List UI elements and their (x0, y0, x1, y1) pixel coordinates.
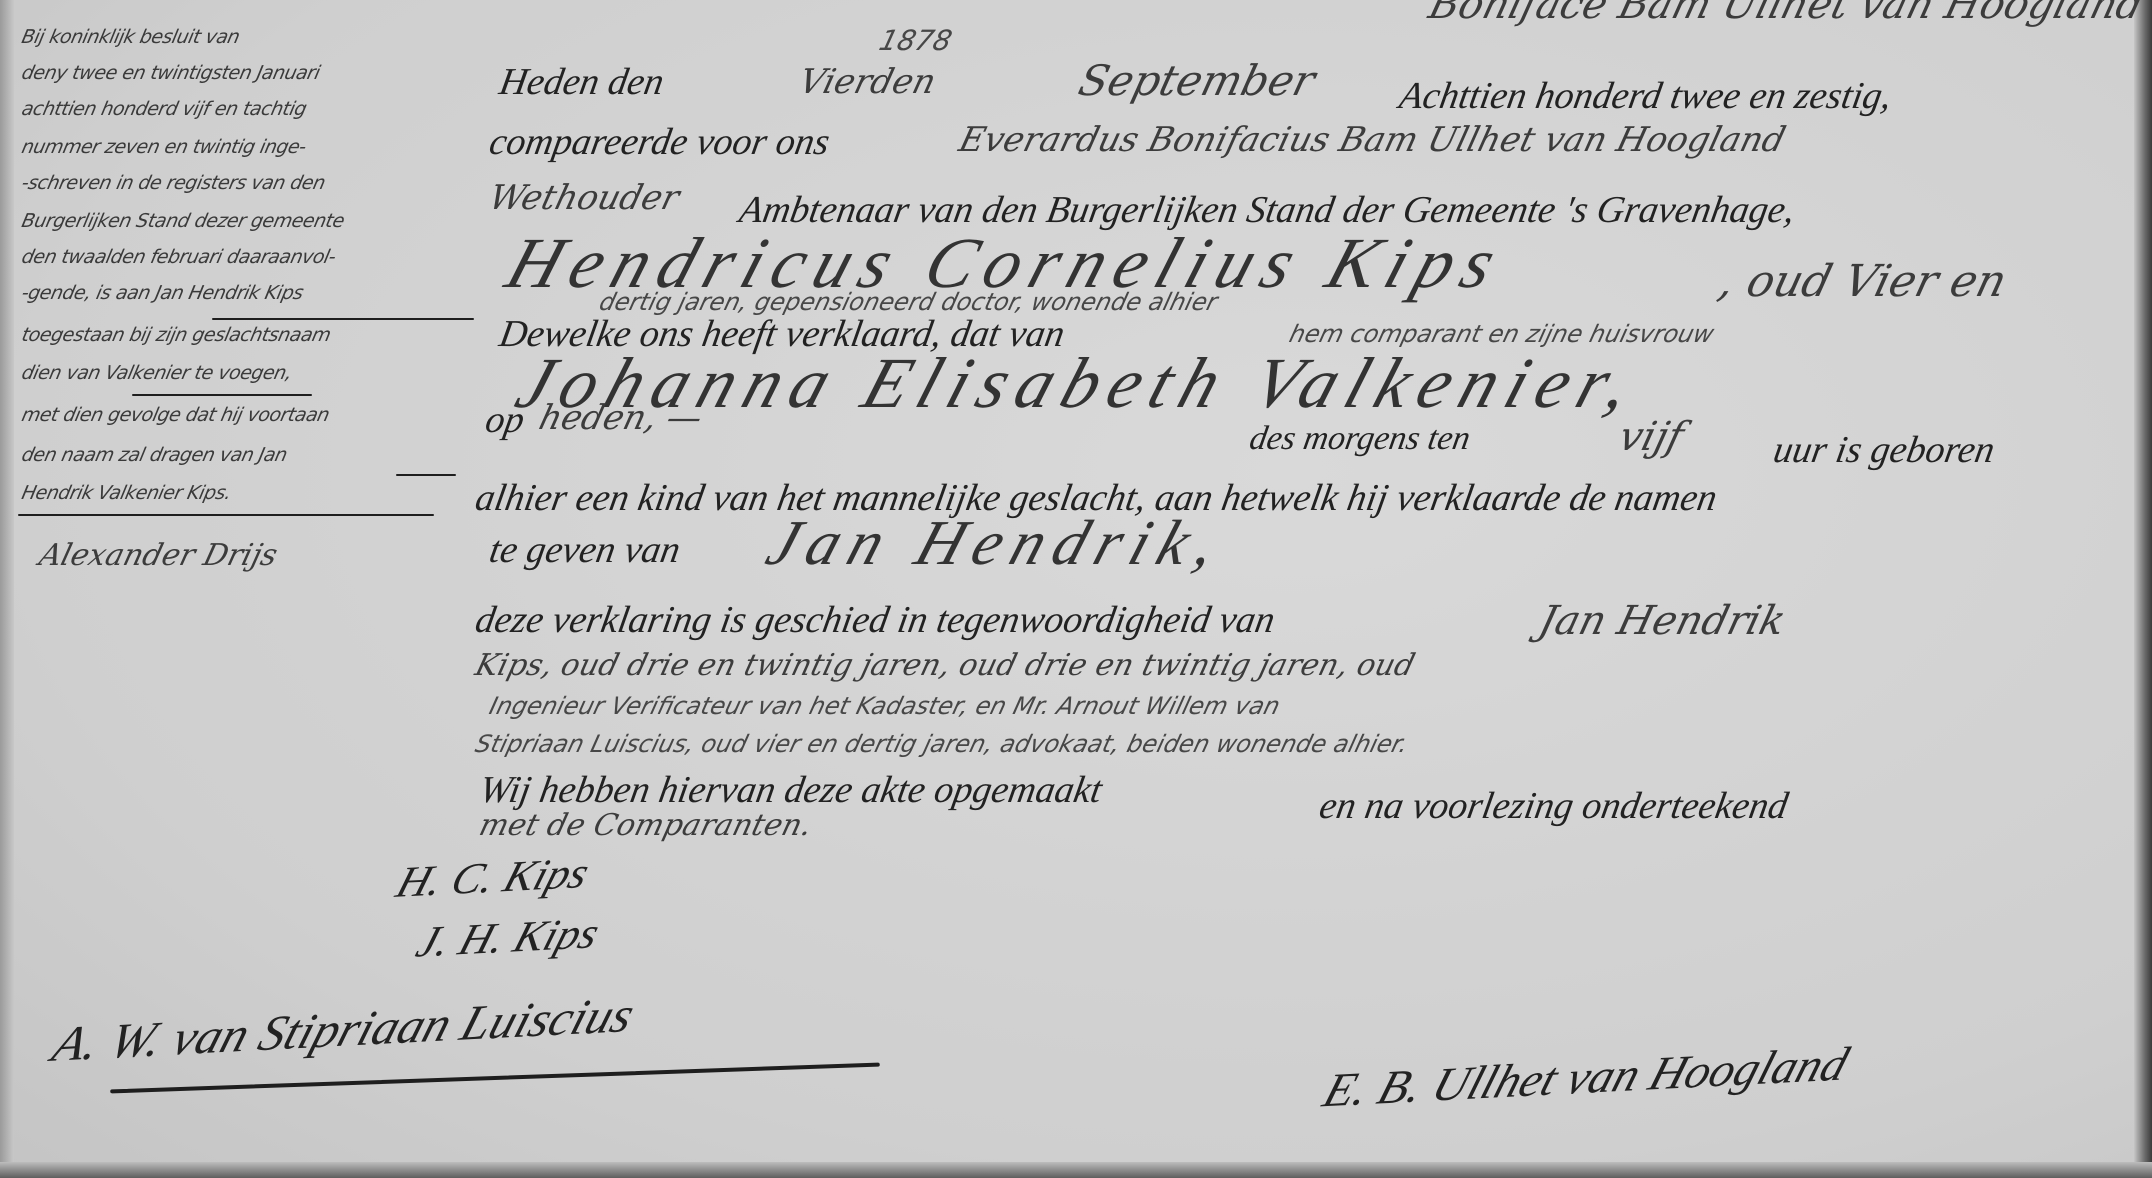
underline (212, 318, 474, 320)
handwritten-text: met de Comparanten. (476, 808, 816, 843)
signature-witness-2: A. W. van Stipriaan Luiscius (46, 985, 642, 1073)
year-annotation: 1878 (876, 24, 955, 57)
signature-father: H. C. Kips (390, 847, 595, 908)
printed-text: en na voorlezing onderteekend (1316, 784, 1791, 828)
margin-line: Hendrik Valkenier Kips. (20, 482, 233, 504)
underline (396, 474, 456, 476)
register-page: Boniface Bam Ullhet van Hoogland 1878 Bi… (0, 0, 2152, 1178)
printed-text: Wij hebben hiervan deze akte opgemaakt (476, 768, 1105, 812)
handwritten-title: Wethouder (485, 178, 683, 218)
handwritten-day: Vierden (795, 62, 940, 102)
child-name: Jan Hendrik, (758, 506, 1236, 580)
header-fragment: Boniface Bam Ullhet van Hoogland (1424, 0, 2148, 28)
page-binding (0, 0, 14, 1178)
margin-line: den twaalden februari daaraanvol- (20, 246, 338, 268)
handwritten-age: , oud Vier en (1714, 256, 2012, 307)
printed-text: deze verklaring is geschied in tegenwoor… (472, 598, 1278, 642)
handwritten-witness-name: Jan Hendrik (1534, 598, 1790, 644)
margin-line: dien van Valkenier te voegen, (20, 362, 294, 384)
handwritten-time: vijf (1614, 414, 1688, 460)
margin-line: achttien honderd vijf en tachtig (20, 98, 309, 120)
margin-line: Bij koninklijk besluit van (20, 26, 242, 48)
printed-text: uur is geboren (1770, 428, 1998, 472)
signature-flourish (110, 1063, 880, 1094)
printed-text: des morgens ten (1247, 420, 1473, 458)
margin-signature: Alexander Drijs (36, 538, 281, 573)
margin-line: den naam zal dragen van Jan (20, 444, 289, 466)
printed-text: Heden den (496, 60, 667, 104)
signature-witness-1: J. H. Kips (411, 907, 606, 967)
handwritten-official-name: Everardus Bonifacius Bam Ullhet van Hoog… (955, 120, 1790, 160)
printed-text: te geven van (486, 528, 684, 572)
handwritten-month: September (1074, 56, 1320, 105)
margin-line: -gende, is aan Jan Hendrik Kips (20, 282, 305, 304)
margin-line: met dien gevolge dat hij voortaan (20, 404, 332, 426)
printed-year: Achttien honderd twee en zestig, (1396, 74, 1895, 118)
printed-text: compareerde voor ons (486, 120, 833, 164)
margin-line: Burgerlijken Stand dezer gemeente (20, 210, 347, 232)
handwritten-text: heden, — (535, 398, 706, 438)
signature-official: E. B. Ullhet van Hoogland (1317, 1037, 1855, 1119)
handwritten-text: Ingenieur Verificateur van het Kadaster,… (487, 692, 1283, 720)
underline (132, 394, 312, 396)
page-edge-bottom (0, 1162, 2152, 1178)
margin-line: -schreven in de registers van den (20, 172, 327, 194)
underline (18, 514, 434, 516)
printed-text: op (482, 398, 528, 442)
margin-line: nummer zeven en twintig inge- (20, 136, 308, 158)
page-edge-right (2134, 0, 2152, 1178)
margin-line: toegestaan bij zijn geslachtsnaam (20, 324, 333, 346)
handwritten-text: Kips, oud drie en twintig jaren, oud dri… (472, 648, 1419, 683)
handwritten-text: Stipriaan Luiscius, oud vier en dertig j… (473, 730, 1411, 758)
margin-line: deny twee en twintigsten Januari (20, 62, 322, 84)
